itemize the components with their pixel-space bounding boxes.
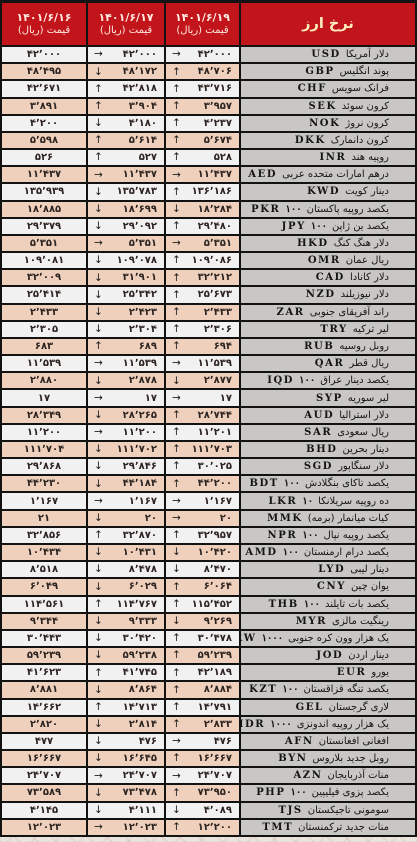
currency-name: کیات میانمار (برمه) (308, 513, 389, 524)
trend-up-icon: ↑ (172, 255, 181, 266)
currency-name: دینار اردن (348, 650, 389, 661)
currency-cell: LKR ۱۰ ده روپیه سریلانکا (241, 493, 415, 508)
currency-row: ۵٬۳۵۱ → ۵٬۳۵۱ → ۵٬۳۵۱ HKD دلار هنگ کنگ (2, 236, 415, 251)
currency-code: EUR (337, 667, 366, 678)
trend-down-icon: ↓ (94, 204, 103, 215)
currency-code: PHP ۱۰۰ (256, 787, 306, 798)
price-cell-19: ↑ ۱۱٬۲۰۱ (166, 425, 239, 440)
price-cell-19: → ۲۴٬۷۰۷ (166, 768, 239, 783)
header-date-col-19: ۱۴۰۱/۶/۱۹ قیمت (ریال) (166, 3, 239, 45)
currency-name: ریال عمان (346, 255, 389, 266)
price-cell-16: ۲۹٬۸۶۸ (2, 459, 86, 474)
price-cell-19: ↑ ۱۶٬۶۶۷ (166, 751, 239, 766)
currency-name: دینار بحرین (343, 444, 389, 455)
currency-code: IQD ۱۰۰ (267, 375, 315, 386)
currency-code: ZAR (277, 307, 305, 318)
price-value-16: ۸٬۵۱۸ (30, 564, 58, 575)
price-cell-19: ↑ ۳۲٬۲۱۲ (166, 270, 239, 285)
currency-cell: PHP ۱۰۰ یکصد پزوی فیلیپین (241, 785, 415, 800)
currency-code: THB ۱۰۰ (269, 599, 320, 610)
price-value-17: ۲۸٬۲۶۵ (123, 410, 157, 421)
price-cell-16: ۲۴٬۷۰۷ (2, 768, 86, 783)
price-cell-16: ۱۱۴٬۵۶۱ (2, 597, 86, 612)
currency-row: ۱۱٬۵۳۹ → ۱۱٬۵۳۹ → ۱۱٬۵۳۹ QAR ریال قطر (2, 356, 415, 371)
currency-row: ۵٬۵۹۸ ↑ ۵٬۶۱۴ ↑ ۵٬۶۷۴ DKK کرون دانمارک (2, 133, 415, 148)
currency-name: یکصد دینار عراق (320, 375, 389, 386)
price-cell-17: ↓ ۴۴٬۱۸۴ (88, 476, 164, 491)
price-cell-19: ↓ ۴٬۰۸۹ (166, 803, 239, 818)
price-value-17: ۲۹٬۸۴۶ (123, 461, 157, 472)
price-value-16: ۶۸۳ (35, 341, 53, 352)
price-cell-19: ↑ ۳٬۹۵۷ (166, 99, 239, 114)
price-value-16: ۲۹٬۸۶۸ (27, 461, 61, 472)
header-price-label: قیمت (ریال) (18, 25, 70, 38)
price-value-19: ۱۶٬۶۶۷ (198, 753, 232, 764)
price-value-19: ۵۹٬۲۳۹ (198, 650, 232, 661)
currency-cell: IDR ۱۰۰۰ یک هزار روپیه اندونزی (241, 717, 415, 732)
price-value-17: ۲۵٬۳۴۲ (123, 289, 157, 300)
price-cell-16: ۲۱ (2, 511, 86, 526)
trend-down-icon: ↓ (94, 255, 103, 266)
price-cell-19: ↑ ۴٬۲۳۷ (166, 116, 239, 131)
trend-up-icon: ↑ (172, 788, 181, 799)
trend-down-icon: ↓ (94, 444, 103, 455)
price-value-17: ۵٬۳۵۱ (129, 238, 157, 249)
currency-code: NOK (309, 118, 340, 129)
currency-code: RUB (304, 341, 334, 352)
currency-cell: GEL لاری گرجستان (241, 700, 415, 715)
currency-row: ۱۲٬۰۲۳ → ۱۲٬۰۲۳ ↑ ۱۲٬۲۰۰ TMT منات جدید ت… (2, 820, 415, 835)
price-cell-19: ↑ ۲٬۴۳۳ (166, 305, 239, 320)
price-cell-19: ↓ ۹٬۲۶۹ (166, 614, 239, 629)
price-value-19: ۴۷۶ (214, 736, 232, 747)
price-value-16: ۳٬۸۹۱ (30, 101, 58, 112)
currency-header-title: نرخ ارز (302, 16, 354, 32)
currency-row: ۲۴٬۷۰۷ → ۲۴٬۷۰۷ → ۲۴٬۷۰۷ AZN منات آذربای… (2, 768, 415, 783)
price-cell-17: ↓ ۲٬۸۷۸ (88, 373, 164, 388)
trend-up-icon: ↑ (172, 324, 181, 335)
price-value-16: ۳۲٬۰۰۹ (27, 272, 61, 283)
trend-same-icon: → (94, 358, 103, 369)
price-value-16: ۵٬۵۹۸ (30, 135, 58, 146)
trend-up-icon: ↑ (94, 530, 103, 541)
price-cell-19: ↑ ۳۰٬۴۷۸ (166, 631, 239, 646)
price-value-17: ۵۹٬۲۳۸ (123, 650, 157, 661)
currency-code: KRW ۱۰۰۰ (241, 633, 283, 644)
trend-down-icon: ↓ (94, 719, 103, 730)
price-value-17: ۴۴٬۱۸۴ (123, 478, 157, 489)
currency-name: دلار کانادا (350, 272, 389, 283)
currency-name: یکصد تاکای بنگلادش (305, 478, 389, 489)
currency-name: ریال سعودی (337, 427, 389, 438)
price-cell-17: ↓ ۲۸٬۲۶۵ (88, 408, 164, 423)
price-cell-19: ↑ ۸٬۸۸۴ (166, 682, 239, 697)
price-cell-19: → ۴۷۶ (166, 734, 239, 749)
trend-up-icon: ↑ (172, 599, 181, 610)
price-cell-19: ↑ ۳۰٬۰۲۵ (166, 459, 239, 474)
trend-down-icon: ↓ (172, 204, 181, 215)
currency-code: TJS (279, 805, 303, 816)
trend-up-icon: ↑ (172, 685, 181, 696)
price-value-16: ۴٬۱۴۵ (30, 805, 58, 816)
price-value-17: ۷۳٬۴۷۸ (123, 787, 157, 798)
currency-name: سومونی تاجیکستان (308, 805, 389, 816)
price-cell-17: ↑ ۶۸۹ (88, 339, 164, 354)
currency-row: ۱۳۵٬۹۳۹ ↓ ۱۳۵٬۷۸۳ ↑ ۱۳۶٬۱۸۶ KWD دینار کو… (2, 184, 415, 199)
price-value-16: ۱۱۴٬۵۶۱ (24, 599, 64, 610)
price-cell-16: ۱۱٬۲۰۰ (2, 425, 86, 440)
price-cell-17: ↓ ۳۰٬۴۲۰ (88, 631, 164, 646)
trend-up-icon: ↑ (172, 101, 181, 112)
price-value-17: ۱۱۴٬۷۶۷ (117, 599, 157, 610)
price-value-19: ۴۲٬۱۸۹ (198, 667, 232, 678)
price-cell-19: ↑ ۶۹۴ (166, 339, 239, 354)
price-value-16: ۶٬۰۴۹ (30, 581, 58, 592)
price-cell-17: ↓ ۷۳٬۴۷۸ (88, 785, 164, 800)
price-value-19: ۲٬۳۰۶ (204, 324, 232, 335)
currency-name: ده روپیه سریلانکا (318, 496, 389, 507)
price-cell-19: → ۵٬۳۵۱ (166, 236, 239, 251)
trend-down-icon: ↓ (94, 118, 103, 129)
price-cell-17: → ۲۴٬۷۰۷ (88, 768, 164, 783)
currency-cell: AED درهم امارات متحده عربی (241, 167, 415, 182)
price-value-16: ۴۱٬۶۲۳ (27, 667, 61, 678)
currency-code: AED (248, 169, 277, 180)
header-currency-col: نرخ ارز (241, 3, 415, 45)
currency-code: QAR (315, 358, 345, 369)
price-cell-16: ۳۰٬۴۴۳ (2, 631, 86, 646)
currency-code: IDR ۱۰۰۰ (241, 719, 292, 730)
trend-up-icon: ↑ (172, 479, 181, 490)
price-value-16: ۵۹٬۲۳۹ (27, 650, 61, 661)
price-cell-19: ↑ ۵٬۶۷۴ (166, 133, 239, 148)
price-value-16: ۱۳۵٬۹۳۹ (24, 186, 64, 197)
price-value-16: ۲۹٬۳۷۹ (27, 221, 61, 232)
currency-code: CAD (316, 272, 345, 283)
currency-cell: HKD دلار هنگ کنگ (241, 236, 415, 251)
price-cell-16: ۴٬۱۴۵ (2, 803, 86, 818)
currency-cell: CHF فرانک سویس (241, 81, 415, 96)
price-value-19: ۱٬۱۶۷ (204, 496, 232, 507)
currency-name: یکصد تنگه قزاقستان (304, 684, 389, 695)
currency-row: ۱۶٬۶۶۷ ↓ ۱۶٬۶۴۵ ↑ ۱۶٬۶۶۷ BYN روبل جدید ب… (2, 751, 415, 766)
currency-cell: QAR ریال قطر (241, 356, 415, 371)
price-value-19: ۲۰ (220, 513, 232, 524)
currency-cell: AFN افغانی افغانستان (241, 734, 415, 749)
currency-cell: JPY ۱۰۰ یکصد ین ژاپن (241, 219, 415, 234)
price-value-19: ۳۲٬۹۵۷ (198, 530, 232, 541)
currency-cell: OMR ریال عمان (241, 253, 415, 268)
trend-same-icon: → (172, 358, 181, 369)
price-value-17: ۴٬۱۸۰ (129, 118, 157, 129)
currency-code: SGD (304, 461, 333, 472)
currency-cell: CNY یوان چین (241, 579, 415, 594)
price-cell-16: ۱۸٬۸۸۵ (2, 202, 86, 217)
price-value-17: ۱۷ (145, 393, 157, 404)
price-cell-16: ۱۲٬۰۲۳ (2, 820, 86, 835)
price-value-17: ۹٬۳۳۳ (129, 616, 157, 627)
currency-name: یکصد پزوی فیلیپین (312, 787, 389, 798)
price-cell-17: ↓ ۲۰ (88, 511, 164, 526)
currency-name: یوان چین (351, 581, 389, 592)
trend-down-icon: ↓ (94, 650, 103, 661)
price-value-16: ۳۲٬۸۵۶ (27, 530, 61, 541)
currency-row: ۱٬۱۶۷ → ۱٬۱۶۷ → ۱٬۱۶۷ LKR ۱۰ ده روپیه سر… (2, 493, 415, 508)
currency-row: ۸٬۵۱۸ ↓ ۸٬۴۷۸ ↓ ۸٬۴۷۰ LYD دینار لیبی (2, 562, 415, 577)
trend-down-icon: ↓ (94, 273, 103, 284)
price-value-19: ۱۲٬۲۰۰ (198, 822, 232, 833)
price-cell-19: ↑ ۳۲٬۹۵۷ (166, 528, 239, 543)
trend-up-icon: ↑ (172, 410, 181, 421)
currency-cell: NZD دلار نیوزیلند (241, 287, 415, 302)
price-cell-19: ↓ ۸٬۴۷۰ (166, 562, 239, 577)
price-cell-19: ↑ ۴۳٬۷۱۶ (166, 81, 239, 96)
price-value-17: ۵٬۶۱۴ (129, 135, 157, 146)
price-cell-19: ↑ ۷۳٬۹۵۰ (166, 785, 239, 800)
price-cell-19: ↑ ۵۲۸ (166, 150, 239, 165)
price-cell-16: ۱۱٬۴۳۷ (2, 167, 86, 182)
price-value-19: ۴۸٬۷۰۶ (198, 66, 232, 77)
trend-up-icon: ↑ (172, 290, 181, 301)
currency-cell: GBP پوند انگلیس (241, 64, 415, 79)
currency-name: دلار آمریکا (346, 49, 389, 60)
currency-name: دینار لیبی (350, 564, 389, 575)
price-cell-16: ۹٬۳۴۴ (2, 614, 86, 629)
currency-row: ۲٬۸۸۰ ↓ ۲٬۸۷۸ ↓ ۲٬۸۷۷ IQD ۱۰۰ یکصد دینار… (2, 373, 415, 388)
currency-code: LYD (318, 564, 345, 575)
price-value-17: ۳٬۹۰۴ (129, 101, 157, 112)
price-cell-17: ↑ ۳٬۹۰۴ (88, 99, 164, 114)
currency-code: AZN (293, 770, 322, 781)
currency-row: ۴٬۱۴۵ ↓ ۴٬۱۱۱ ↓ ۴٬۰۸۹ TJS سومونی تاجیکست… (2, 803, 415, 818)
price-value-17: ۲٬۸۱۴ (129, 719, 157, 730)
trend-down-icon: ↓ (94, 753, 103, 764)
currency-cell: KWD دینار کویت (241, 184, 415, 199)
price-cell-17: ↓ ۱۰۹٬۰۷۸ (88, 253, 164, 268)
trend-same-icon: → (94, 496, 103, 507)
currency-cell: JOD دینار اردن (241, 648, 415, 663)
currency-row: ۳۰٬۴۴۳ ↓ ۳۰٬۴۲۰ ↑ ۳۰٬۴۷۸ KRW ۱۰۰۰ یک هزا… (2, 631, 415, 646)
trend-same-icon: → (94, 771, 103, 782)
trend-same-icon: → (94, 393, 103, 404)
trend-up-icon: ↑ (172, 461, 181, 472)
price-cell-16: ۴۴٬۲۳۰ (2, 476, 86, 491)
price-value-19: ۱۱۱٬۷۰۳ (192, 444, 232, 455)
price-cell-16: ۴۷۷ (2, 734, 86, 749)
currency-code: BDT ۱۰۰ (249, 478, 300, 489)
trend-down-icon: ↓ (94, 616, 103, 627)
price-value-19: ۶۹۴ (214, 341, 232, 352)
trend-same-icon: → (94, 427, 103, 438)
currency-code: PKR ۱۰۰ (251, 204, 302, 215)
price-cell-16: ۱٬۱۶۷ (2, 493, 86, 508)
price-cell-16: ۱۶٬۶۶۷ (2, 751, 86, 766)
price-cell-19: ↑ ۲۵٬۶۷۳ (166, 287, 239, 302)
price-cell-17: → ۱۱٬۴۳۷ (88, 167, 164, 182)
currency-name: رینگیت مالزی (332, 616, 389, 627)
price-value-17: ۴۲٬۰۰۰ (123, 49, 157, 60)
price-value-17: ۱۱٬۴۳۷ (123, 169, 157, 180)
price-value-17: ۸٬۴۷۸ (129, 564, 157, 575)
currency-name: یکصد ین ژاپن (332, 221, 389, 232)
price-value-16: ۱۸٬۸۸۵ (27, 204, 61, 215)
table-header-row: ۱۴۰۱/۶/۱۶ قیمت (ریال) ۱۴۰۱/۶/۱۷ قیمت (ری… (2, 3, 415, 45)
price-value-17: ۳۱٬۹۰۱ (123, 272, 157, 283)
price-value-19: ۱۱۵٬۴۵۲ (192, 599, 232, 610)
header-price-label: قیمت (ریال) (176, 25, 228, 38)
price-cell-16: ۲٬۸۲۰ (2, 717, 86, 732)
currency-cell: SYP لیر سوریه (241, 390, 415, 405)
trend-down-icon: ↓ (94, 788, 103, 799)
trend-same-icon: → (172, 49, 181, 60)
trend-down-icon: ↓ (94, 67, 103, 78)
price-cell-17: ↓ ۸٬۴۷۸ (88, 562, 164, 577)
price-value-19: ۴۴٬۲۰۰ (198, 478, 232, 489)
price-value-17: ۲٬۳۰۴ (129, 324, 157, 335)
price-value-17: ۱۰٬۴۳۱ (123, 547, 157, 558)
trend-up-icon: ↑ (172, 822, 181, 833)
trend-up-icon: ↑ (94, 341, 103, 352)
price-cell-16: ۵۲۶ (2, 150, 86, 165)
price-cell-17: → ۱۲٬۰۲۳ (88, 820, 164, 835)
trend-up-icon: ↑ (172, 650, 181, 661)
price-value-16: ۱۰٬۴۳۴ (27, 547, 61, 558)
trend-down-icon: ↓ (94, 376, 103, 387)
currency-name: یورو (371, 667, 389, 678)
price-cell-16: ۵٬۳۵۱ (2, 236, 86, 251)
currency-row: ۲۸٬۳۴۹ ↓ ۲۸٬۲۶۵ ↑ ۲۸٬۷۴۴ AUD دلار استرال… (2, 408, 415, 423)
currency-cell: MYR رینگیت مالزی (241, 614, 415, 629)
price-cell-17: ↓ ۱۰٬۴۳۱ (88, 545, 164, 560)
price-value-16: ۱۶٬۶۶۷ (27, 753, 61, 764)
currency-cell: IQD ۱۰۰ یکصد دینار عراق (241, 373, 415, 388)
currency-row: ۱۱٬۴۳۷ → ۱۱٬۴۳۷ → ۱۱٬۴۳۷ AED درهم امارات… (2, 167, 415, 182)
price-value-19: ۳۰٬۰۲۵ (198, 461, 232, 472)
price-cell-17: ↓ ۱۶٬۶۴۵ (88, 751, 164, 766)
trend-down-icon: ↓ (94, 685, 103, 696)
currency-name: دلار هنگ کنگ (334, 238, 389, 249)
trend-up-icon: ↑ (172, 530, 181, 541)
price-value-17: ۱٬۱۶۷ (129, 496, 157, 507)
price-value-16: ۴۷۷ (35, 736, 53, 747)
price-value-17: ۲۹٬۰۹۲ (123, 221, 157, 232)
price-value-19: ۱۱٬۵۳۹ (198, 358, 232, 369)
currency-cell: ZAR راند آفریقای جنوبی (241, 305, 415, 320)
currency-cell: NPR ۱۰۰ یکصد روپیه نپال (241, 528, 415, 543)
price-cell-17: ↓ ۴٬۱۸۰ (88, 116, 164, 131)
price-cell-16: ۱۴٬۶۶۲ (2, 700, 86, 715)
price-cell-16: ۱۷ (2, 390, 86, 405)
currency-name: منات جدید ترکمنستان (298, 822, 389, 833)
currency-table-page: ۱۴۰۱/۶/۱۶ قیمت (ریال) ۱۴۰۱/۶/۱۷ قیمت (ری… (0, 0, 417, 842)
trend-down-icon: ↓ (94, 633, 103, 644)
trend-up-icon: ↑ (172, 307, 181, 318)
currency-name: فرانک سویس (332, 83, 389, 94)
currency-code: USD (311, 49, 340, 60)
price-value-16: ۵۲۶ (35, 152, 53, 163)
currency-row: ۱۰٬۴۳۴ ↓ ۱۰٬۴۳۱ ↓ ۱۰٬۴۲۰ AMD ۱۰۰ یکصد در… (2, 545, 415, 560)
currency-code: GEL (296, 702, 324, 713)
price-value-19: ۱۳۶٬۱۸۶ (192, 186, 232, 197)
price-value-16: ۷۳٬۵۸۹ (27, 787, 61, 798)
trend-down-icon: ↓ (94, 582, 103, 593)
price-value-19: ۲٬۴۳۳ (204, 307, 232, 318)
price-value-19: ۲٬۸۷۷ (204, 375, 232, 386)
price-cell-19: → ۱٬۱۶۷ (166, 493, 239, 508)
price-cell-17: ↓ ۴٬۱۱۱ (88, 803, 164, 818)
price-cell-16: ۶٬۰۴۹ (2, 579, 86, 594)
trend-up-icon: ↑ (172, 152, 181, 163)
currency-cell: BHD دینار بحرین (241, 442, 415, 457)
currency-code: MMK (267, 513, 303, 524)
price-value-17: ۴۲٬۸۱۸ (123, 83, 157, 94)
price-value-17: ۱۶٬۶۴۵ (123, 753, 157, 764)
price-cell-19: ↑ ۴۲٬۱۸۹ (166, 665, 239, 680)
price-cell-17: → ۱۷ (88, 390, 164, 405)
price-value-16: ۲٬۳۰۵ (30, 324, 58, 335)
price-cell-19: ↑ ۲٬۳۰۶ (166, 322, 239, 337)
price-cell-19: → ۱۷ (166, 390, 239, 405)
currency-name: لاری گرجستان (329, 702, 389, 713)
price-value-19: ۳۲٬۲۱۲ (198, 272, 232, 283)
price-value-16: ۴٬۲۰۰ (30, 118, 58, 129)
header-date: ۱۴۰۱/۶/۱۷ (98, 11, 153, 25)
price-cell-17: ↓ ۵۹٬۲۳۸ (88, 648, 164, 663)
price-cell-17: ↓ ۱۳۵٬۷۸۳ (88, 184, 164, 199)
trend-down-icon: ↓ (94, 805, 103, 816)
header-date: ۱۴۰۱/۶/۱۶ (16, 11, 71, 25)
trend-up-icon: ↑ (172, 753, 181, 764)
price-cell-16: ۱۱٬۵۳۹ (2, 356, 86, 371)
price-cell-19: ↑ ۲۹٬۴۸۰ (166, 219, 239, 234)
trend-down-icon: ↓ (94, 564, 103, 575)
currency-cell: SAR ریال سعودی (241, 425, 415, 440)
currency-row: ۱۱۴٬۵۶۱ ↑ ۱۱۴٬۷۶۷ ↑ ۱۱۵٬۴۵۲ THB ۱۰۰ یکصد… (2, 597, 415, 612)
price-cell-17: ↑ ۵۲۷ (88, 150, 164, 165)
price-value-16: ۲٬۸۸۰ (30, 375, 58, 386)
currency-row: ۴٬۲۰۰ ↓ ۴٬۱۸۰ ↑ ۴٬۲۳۷ NOK کرون نروژ (2, 116, 415, 131)
price-cell-17: ↓ ۴۷۶ (88, 734, 164, 749)
currency-code: TRY (320, 324, 347, 335)
currency-code: SYP (316, 393, 343, 404)
currency-row: ۴۸٬۴۹۵ ↓ ۴۸٬۱۷۲ ↑ ۴۸٬۷۰۶ GBP پوند انگلیس (2, 64, 415, 79)
currency-code: NZD (306, 289, 336, 300)
price-cell-16: ۱۰۹٬۰۸۱ (2, 253, 86, 268)
price-value-19: ۹٬۲۶۹ (204, 616, 232, 627)
currency-cell: AZN منات آذربایجان (241, 768, 415, 783)
price-value-19: ۵۲۸ (214, 152, 232, 163)
currency-code: NPR ۱۰۰ (268, 530, 319, 541)
currency-row: ۳٬۸۹۱ ↑ ۳٬۹۰۴ ↑ ۳٬۹۵۷ SEK کرون سوئد (2, 99, 415, 114)
price-cell-16: ۱۳۵٬۹۳۹ (2, 184, 86, 199)
price-cell-17: ↓ ۳۱٬۹۰۱ (88, 270, 164, 285)
trend-up-icon: ↑ (94, 135, 103, 146)
price-value-16: ۲٬۴۳۳ (30, 307, 58, 318)
price-value-16: ۱۰۹٬۰۸۱ (24, 255, 64, 266)
price-value-19: ۳۰٬۴۷۸ (198, 633, 232, 644)
price-value-17: ۵۲۷ (139, 152, 157, 163)
currency-cell: KZT ۱۰۰ یکصد تنگه قزاقستان (241, 682, 415, 697)
price-value-19: ۱۱٬۲۰۱ (198, 427, 232, 438)
price-value-16: ۴۲٬۰۰۰ (27, 49, 61, 60)
price-cell-19: ↑ ۱۱۵٬۴۵۲ (166, 597, 239, 612)
trend-up-icon: ↑ (94, 668, 103, 679)
price-value-19: ۲۵٬۶۷۳ (198, 289, 232, 300)
price-value-17: ۱۸٬۶۹۹ (123, 204, 157, 215)
trend-down-icon: ↓ (94, 307, 103, 318)
currency-code: AFN (285, 736, 314, 747)
currency-name: دلار سنگاپور (338, 461, 389, 472)
